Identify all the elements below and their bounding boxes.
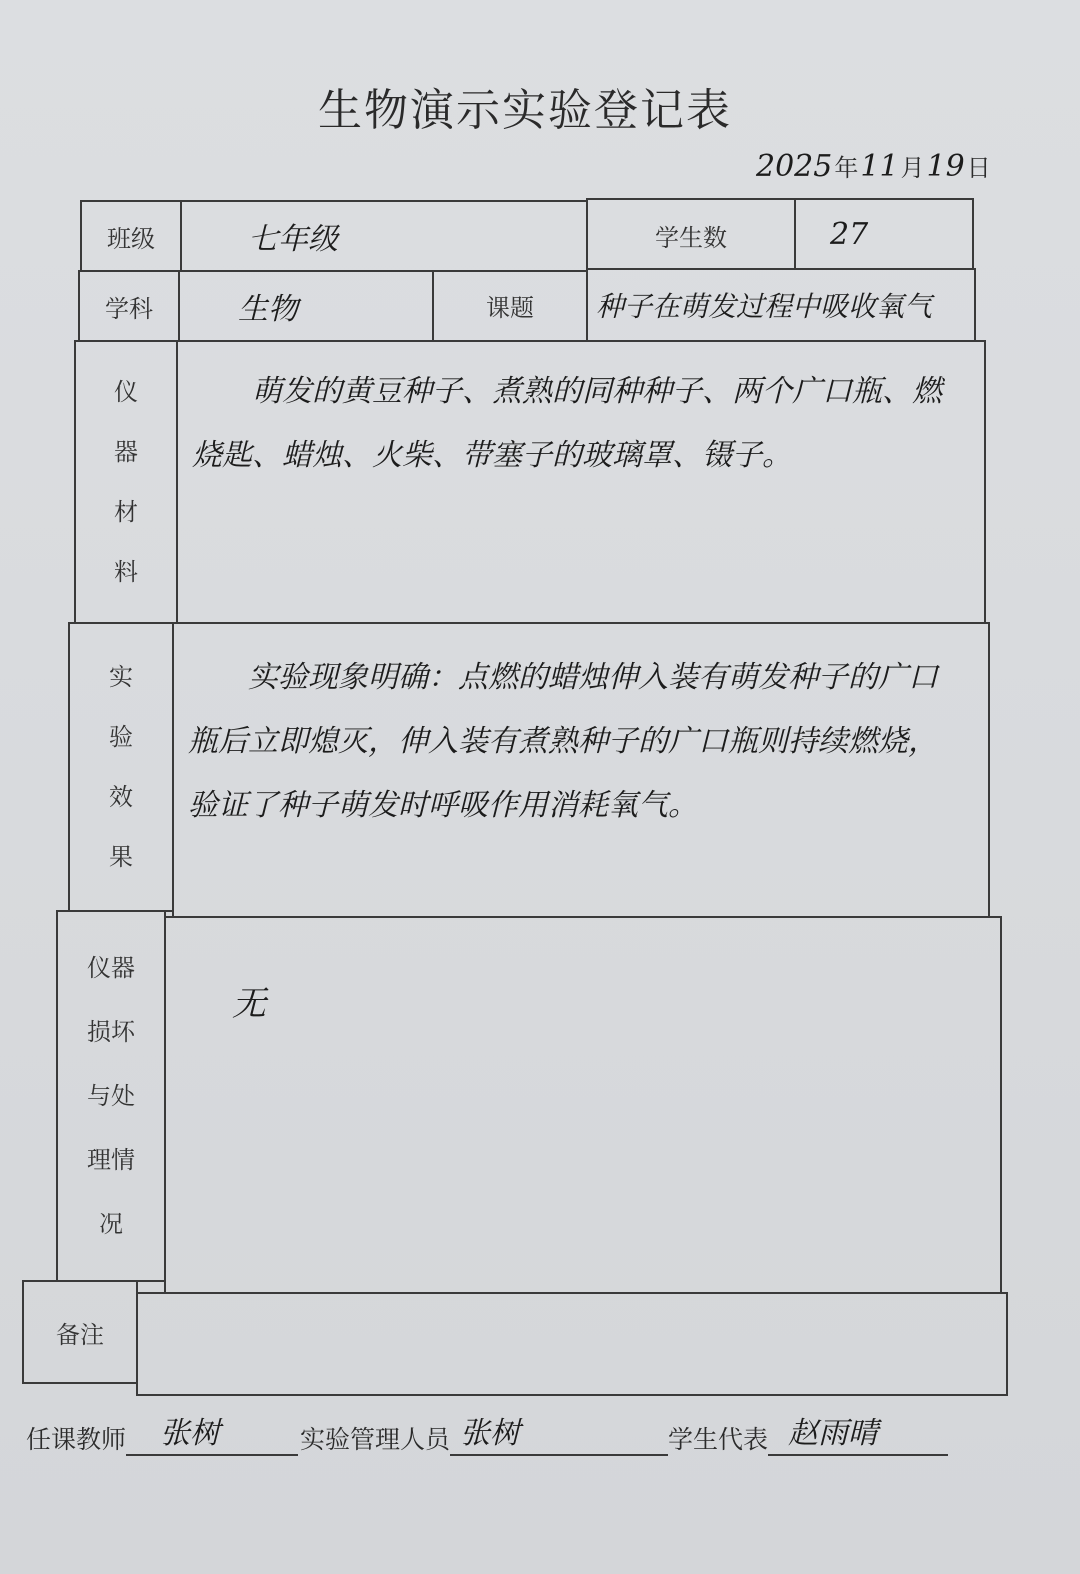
remarks-field[interactable] (136, 1292, 1008, 1396)
effect-field[interactable]: 实验现象明确：点燃的蜡烛伸入装有萌发种子的广口瓶后立即熄灭，伸入装有煮熟种子的广… (172, 622, 990, 918)
lab-manager-signature: 张树 (460, 1414, 520, 1454)
subject-label: 学科 (78, 270, 180, 342)
signature-row: 任课教师 张树 实验管理人员 张树 学生代表 赵雨晴 (26, 1396, 1006, 1456)
materials-label: 仪 器 材 料 (74, 340, 178, 624)
topic-field[interactable]: 种子在萌发过程中吸收氧气 (586, 268, 976, 342)
student-count-label: 学生数 (586, 198, 796, 270)
subject-field[interactable]: 生物 (178, 270, 434, 342)
registration-form: 班级 七年级 学生数 27 学科 生物 课题 种子在萌发过程中吸收氧气 仪 器 … (0, 0, 1080, 1574)
teacher-signature: 张树 (160, 1414, 220, 1454)
teacher-signature-field[interactable]: 张树 (126, 1416, 298, 1456)
damage-value: 无 (232, 976, 266, 1025)
materials-field[interactable]: 萌发的黄豆种子、煮熟的同种种子、两个广口瓶、燃烧匙、蜡烛、火柴、带塞子的玻璃罩、… (176, 340, 986, 624)
student-count-field[interactable]: 27 (794, 198, 974, 270)
lab-manager-label: 实验管理人员 (300, 1420, 450, 1456)
class-label: 班级 (80, 200, 182, 272)
damage-label: 仪器 损坏 与处 理情 况 (56, 910, 166, 1282)
student-rep-label: 学生代表 (668, 1420, 768, 1456)
remarks-label: 备注 (22, 1280, 138, 1384)
class-field[interactable]: 七年级 (180, 200, 588, 272)
effect-label: 实 验 效 果 (68, 622, 174, 912)
topic-label: 课题 (432, 270, 588, 342)
student-rep-signature: 赵雨晴 (788, 1414, 878, 1454)
damage-field[interactable]: 无 (164, 916, 1002, 1294)
student-rep-signature-field[interactable]: 赵雨晴 (768, 1416, 948, 1456)
lab-manager-signature-field[interactable]: 张树 (450, 1416, 668, 1456)
teacher-label: 任课教师 (26, 1420, 126, 1456)
